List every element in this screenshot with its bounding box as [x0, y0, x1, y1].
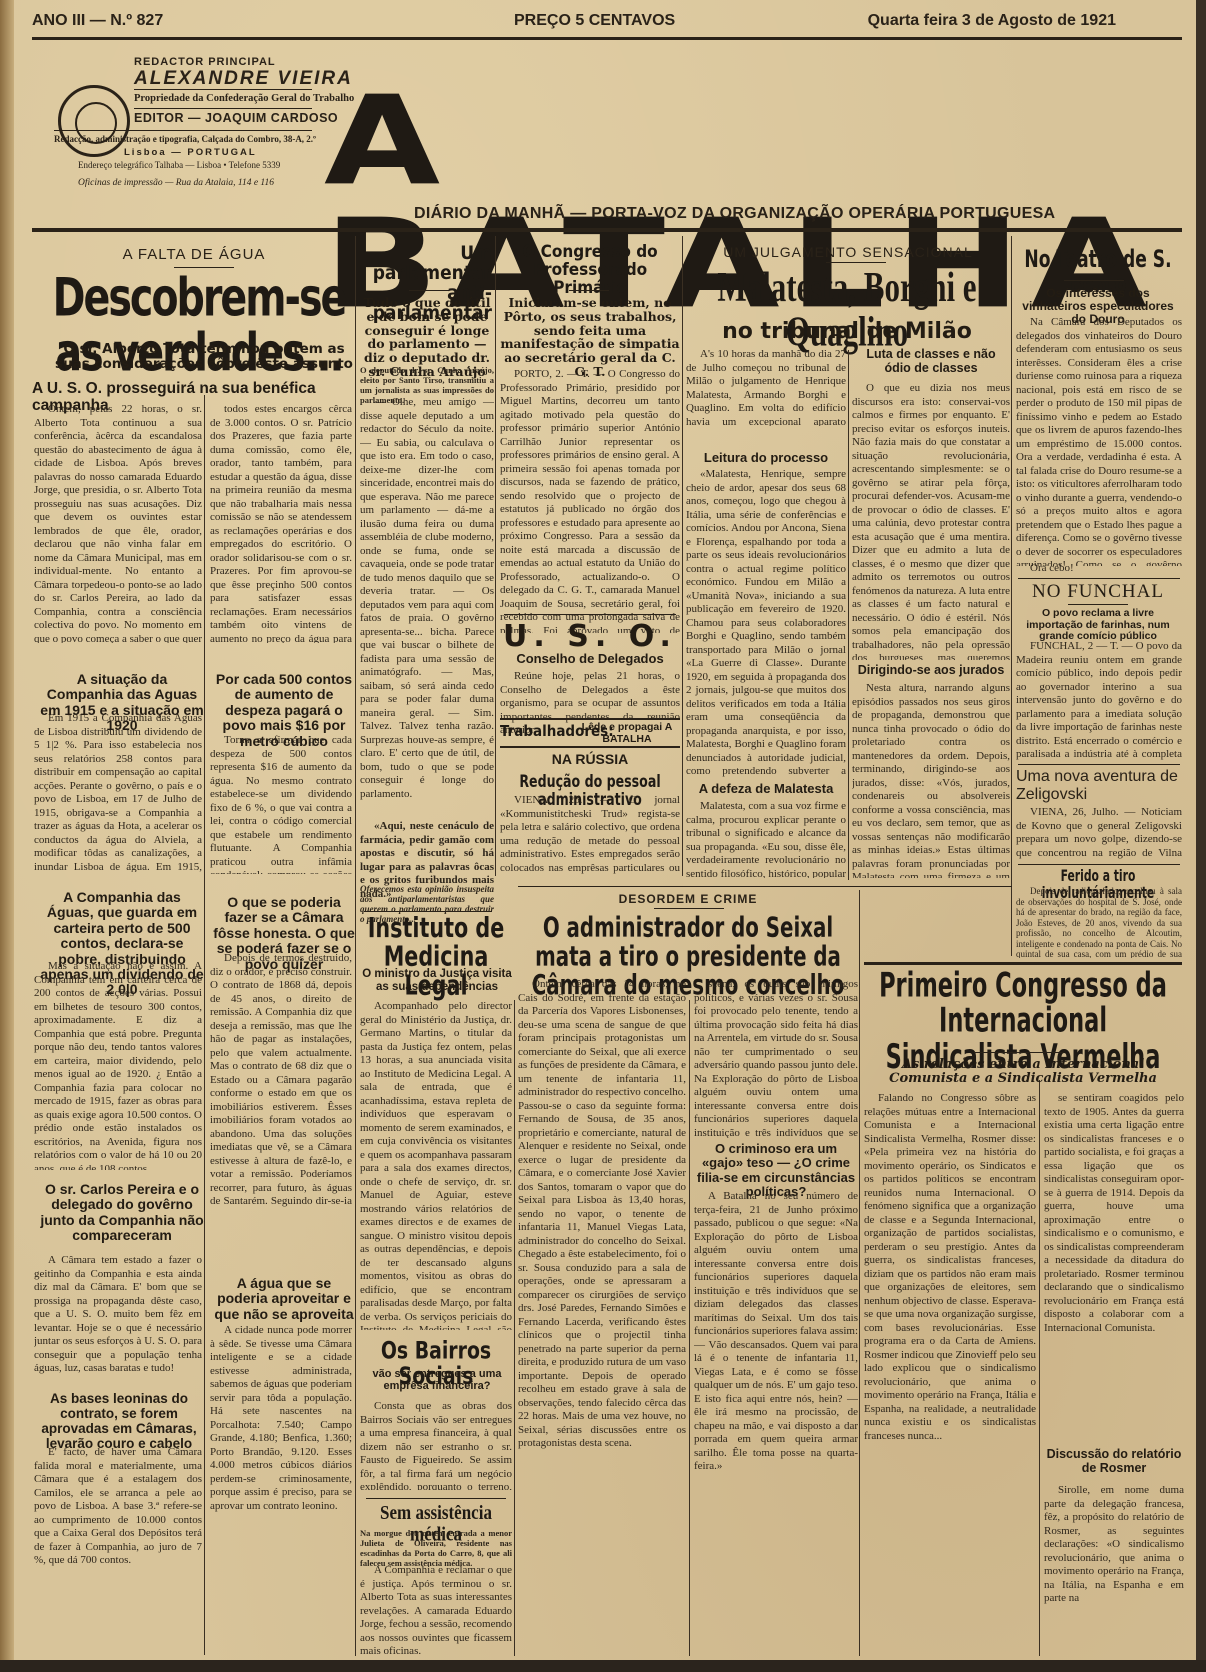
divider — [500, 746, 680, 748]
article-subhead: Discussão do relatório de Rosmer — [1044, 1448, 1184, 1476]
article-deck: vão ser entregues a uma emprêsa financei… — [362, 1368, 512, 1392]
article-deck: O sr. Alberto Tota terminou ontem as sua… — [44, 342, 364, 372]
printing-address: Oficinas de impressão — Rua da Atalaia, … — [78, 178, 274, 188]
page-binding-edge — [0, 0, 14, 1672]
divider — [1064, 280, 1124, 281]
article-deck: Iniciaram-se ontem, no Pôrto, os seus tr… — [500, 296, 680, 379]
article-body: Em 1915 a Companhia das Aguas de Lisboa … — [34, 712, 202, 872]
divider — [134, 89, 312, 90]
article-kicker: UM JULGAMENTO SENSACIONAL — [686, 244, 1010, 260]
article-body: Na Câmara dos Deputados os delegados dos… — [1016, 316, 1182, 566]
divider — [409, 290, 449, 291]
telegraph: Endereço telegráfico Talhaba — Lisboa • … — [78, 160, 280, 170]
page-bottom-shadow — [0, 1660, 1206, 1672]
divider — [504, 614, 676, 615]
divider — [366, 1498, 506, 1499]
divider — [1018, 764, 1180, 765]
column-rule — [514, 1000, 515, 1656]
article-subhead: Dirigindo-se aos jurados — [852, 664, 1010, 678]
article-body: — Olhe, meu amigo — disse aquele deputad… — [360, 396, 494, 816]
article-subhead: Leitura do processo — [686, 451, 846, 465]
article-body: scena, os quais são inimigos políticos, … — [694, 978, 858, 1138]
article-body: Malatesta, com a sua voz firme e calma, … — [686, 800, 846, 878]
divider — [654, 908, 724, 909]
article-kicker: DESORDEM E CRIME — [518, 892, 858, 906]
editor-name: EDITOR — JOAQUIM CARDOSO — [134, 111, 338, 125]
article-body: Depois de radiografado, recolheu à sala … — [1016, 886, 1182, 958]
article-body: A Companhia e reclamar o que é justiça. … — [360, 1564, 512, 1656]
price: PREÇO 5 CENTAVOS — [514, 12, 675, 30]
newspaper-page: ANO III — N.º 827 PREÇO 5 CENTAVOS Quart… — [14, 0, 1196, 1672]
chief-editor-label: REDACTOR PRINCIPAL — [134, 56, 276, 68]
article-body: se sentiram coagidos pelo texto de 1905.… — [1044, 1092, 1184, 1442]
divider — [518, 886, 1012, 887]
divider — [1068, 604, 1128, 605]
divider — [134, 108, 312, 109]
article-body: «Malatesta, Henrique, sempre cheio de ar… — [686, 468, 846, 778]
article-body: A's 10 horas da manhã do dia 27 de Julho… — [686, 348, 846, 426]
column-rule — [859, 890, 860, 1656]
issue-date: Quarta feira 3 de Agosto de 1921 — [868, 12, 1116, 30]
article-body: todos estes encargos cêrca de 3.000 cont… — [210, 403, 352, 643]
column-rule — [1039, 1080, 1040, 1656]
column-rule — [355, 636, 356, 1656]
article-body: VIENA, 26, Julho. — Noticiam de Kovno qu… — [1016, 806, 1182, 862]
article-deck: O ministro da Justiça visita as suas dep… — [362, 968, 512, 993]
article-subhead: Luta de classes e não ódio de classes — [852, 348, 1010, 376]
divider — [974, 1052, 1064, 1053]
article-body: Consta que as obras dos Bairros Sociais … — [360, 1400, 512, 1490]
article-body: Nesta altura, narrando alguns episódios … — [852, 682, 1010, 878]
article-body: FUNCHAL, 2 — T. — O povo da Madeira reun… — [1016, 640, 1182, 762]
chief-editor-name: ALEXANDRE VIEIRA — [134, 68, 353, 90]
article-body: Ontem, pelas 22 horas, o sr. Alberto Tot… — [34, 403, 202, 643]
article-body: Depois de termos destruido, diz o orador… — [210, 952, 352, 1210]
divider — [1018, 578, 1180, 579]
article-body: O que eu dizia nos meus discursos era is… — [852, 382, 1010, 660]
ownership: Propriedade da Confederação Geral do Tra… — [134, 93, 354, 104]
article-body: Torna a afirmar que cada despeza de 500 … — [210, 734, 352, 874]
article-kicker: A FALTA DE ÁGUA — [34, 246, 354, 263]
article-body: Mas a situação não é assim. A Companhia … — [34, 960, 202, 1170]
article-body: E' facto, de haver uma Câmara falida mor… — [34, 1446, 202, 1651]
article-headline: U. S. O. — [500, 620, 680, 653]
column-rule — [204, 395, 205, 1655]
article-body: Ora cebo! — [1016, 562, 1182, 576]
article-body: PORTO, 2. — T. — O Congresso do Professo… — [500, 368, 680, 633]
article-body: A Câmara tem estado a fazer o geitinho d… — [34, 1254, 202, 1384]
city: Lisboa — PORTUGAL — [124, 147, 257, 158]
article-headline: O sr. Carlos Pereira e o delegado do gov… — [38, 1182, 206, 1244]
promo-label: Trabalhadores: — [500, 724, 570, 740]
article-body: VIENA, 26. — O jornal «Kommunistitcheski… — [500, 794, 680, 874]
masthead-top-rule — [32, 37, 1182, 40]
article-headline: Uma nova aventura de Zeligovski — [1016, 768, 1182, 804]
article-lead: Na morgue deu ontem entrada a menor Juli… — [360, 1528, 512, 1568]
address: Redacção, administração e tipografia, Ca… — [54, 134, 316, 144]
masthead-bottom-rule — [32, 228, 1182, 232]
article-body: Ontem, cêrca das 14 horas, no Cais do So… — [518, 978, 686, 1654]
article-body: A cidade nunca pode morrer à sêde. Se ti… — [210, 1324, 352, 1654]
divider — [569, 290, 609, 291]
article-body: Falando no Congresso sôbre as relações m… — [864, 1092, 1036, 1652]
divider — [54, 130, 312, 131]
article-headline: NO FUNCHAL — [1014, 582, 1182, 603]
article-deck: Conselho de Delegados — [500, 652, 680, 666]
article-deck: O povo reclama a livre importação de far… — [1014, 608, 1182, 643]
issue-number: ANO III — N.º 827 — [32, 12, 163, 30]
column-rule — [689, 1000, 690, 1656]
divider — [1018, 864, 1180, 865]
article-body: Sirolle, em nome duma parte da delegação… — [1044, 1484, 1184, 1654]
article-deck: As relações entre a Internacional Comuni… — [864, 1058, 1182, 1087]
article-body: Acompanhado pelo director geral do Minis… — [360, 1000, 512, 1330]
article-kicker: NA RÚSSIA — [500, 752, 680, 767]
article-headline: A água que se poderia aproveitar e que n… — [210, 1276, 358, 1322]
divider — [500, 718, 680, 720]
column-rule — [848, 350, 849, 880]
column-rule — [495, 236, 496, 876]
article-headline-secondary: no tribunal de Milão — [682, 320, 1012, 344]
article-body: A Batalha no seu número de terça-feira, … — [694, 1190, 858, 1654]
article-headline: As bases leoninas do contrato, se forem … — [34, 1392, 204, 1451]
cgt-seal-logo — [58, 85, 130, 157]
promo-text: Lêde e propagai A BATALHA — [574, 722, 680, 745]
article-subhead: A defeza de Malatesta — [686, 782, 846, 796]
newspaper-subtitle: DIÁRIO DA MANHÃ — PORTA-VOZ DA ORGANIZAÇ… — [414, 205, 1055, 223]
